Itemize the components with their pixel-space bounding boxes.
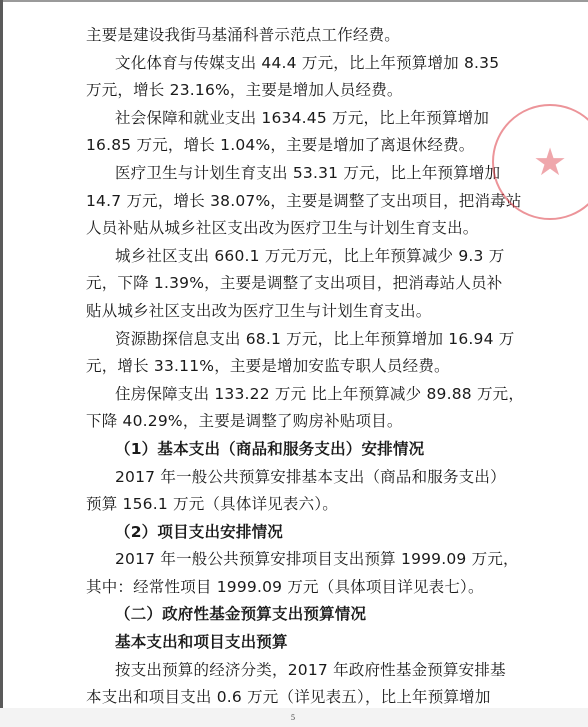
- section-heading-basic-expenditure: （1）基本支出（商品和服务支出）安排情况: [86, 436, 498, 464]
- text-line: 下降 40.29%，主要是调整了购房补贴项目。: [86, 408, 498, 436]
- text-line: 元，下降 1.39%，主要是调整了支出项目，把消毒站人员补: [86, 270, 498, 298]
- text-line: 社会保障和就业支出 1634.45 万元，比上年预算增加: [86, 105, 498, 133]
- text-line: 万元，增长 23.16%，主要是增加人员经费。: [86, 77, 498, 105]
- text-line: 贴从城乡社区支出改为医疗卫生与计划生育支出。: [86, 298, 498, 326]
- text-line: 主要是建设我街马基涌科普示范点工作经费。: [86, 22, 498, 50]
- text-line: 医疗卫生与计划生育支出 53.31 万元，比上年预算增加: [86, 160, 498, 188]
- text-line: 2017 年一般公共预算安排项目支出预算 1999.09 万元，: [86, 546, 498, 574]
- text-line: 文化体育与传媒支出 44.4 万元，比上年预算增加 8.35: [86, 50, 498, 78]
- star-icon: ★: [533, 143, 567, 181]
- text-line: 预算 156.1 万元（具体详见表六）。: [86, 491, 498, 519]
- page-number: 5: [291, 713, 295, 722]
- section-heading-government-fund: （二）政府性基金预算支出预算情况: [86, 601, 498, 629]
- text-line: 城乡社区支出 660.1 万元万元，比上年预算减少 9.3 万: [86, 243, 498, 271]
- text-line: 资源勘探信息支出 68.1 万元，比上年预算增加 16.94 万: [86, 326, 498, 354]
- text-line: 2017 年一般公共预算安排基本支出（商品和服务支出）: [86, 464, 498, 492]
- document-page: 主要是建设我街马基涌科普示范点工作经费。 文化体育与传媒支出 44.4 万元，比…: [86, 22, 498, 712]
- scan-left-edge: [0, 0, 3, 727]
- text-line: 元，增长 33.11%，主要是增加安监专职人员经费。: [86, 353, 498, 381]
- scan-top-edge: [0, 0, 588, 2]
- subsection-heading-basic-and-project: 基本支出和项目支出预算: [86, 629, 498, 657]
- text-line: 住房保障支出 133.22 万元 比上年预算减少 89.88 万元，: [86, 381, 498, 409]
- text-line: 本支出和项目支出 0.6 万元（详见表五），比上年预算增加: [86, 684, 498, 712]
- text-line: 按支出预算的经济分类，2017 年政府性基金预算安排基: [86, 657, 498, 685]
- text-line: 16.85 万元，增长 1.04%，主要是增加了离退休经费。: [86, 132, 498, 160]
- text-line: 14.7 万元，增长 38.07%，主要是调整了支出项目，把消毒站: [86, 188, 498, 216]
- section-heading-project-expenditure: （2）项目支出安排情况: [86, 519, 498, 547]
- text-line: 人员补贴从城乡社区支出改为医疗卫生与计划生育支出。: [86, 215, 498, 243]
- text-line: 其中：经常性项目 1999.09 万元（具体项目详见表七）。: [86, 574, 498, 602]
